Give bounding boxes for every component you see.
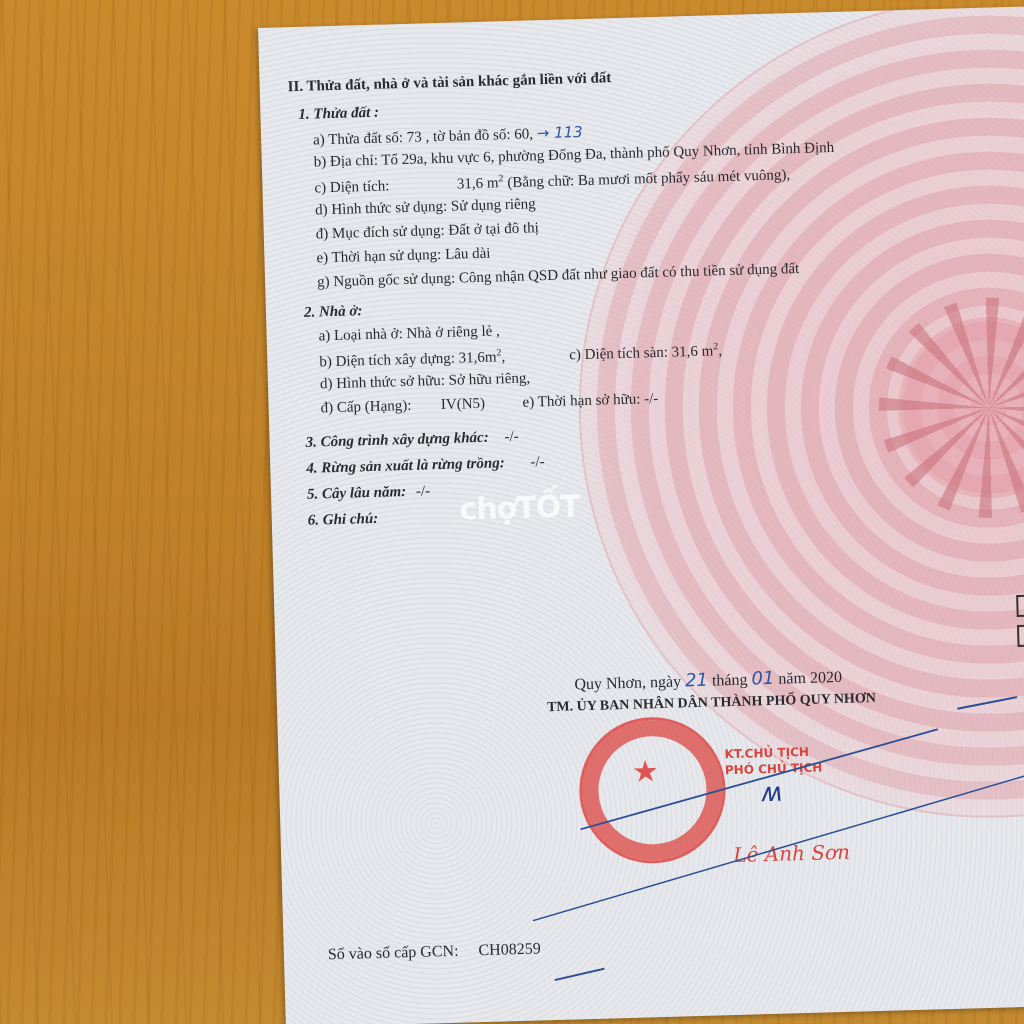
signature-strokes [258, 6, 1024, 1024]
registry-value: CH08259 [478, 940, 541, 959]
checkbox-mark [1017, 624, 1024, 647]
registry-label: Số vào sổ cấp GCN: [328, 943, 459, 964]
checkbox-mark [1016, 594, 1024, 617]
land-certificate-page: II. Thửa đất, nhà ở và tài sản khác gắn … [258, 6, 1024, 1024]
